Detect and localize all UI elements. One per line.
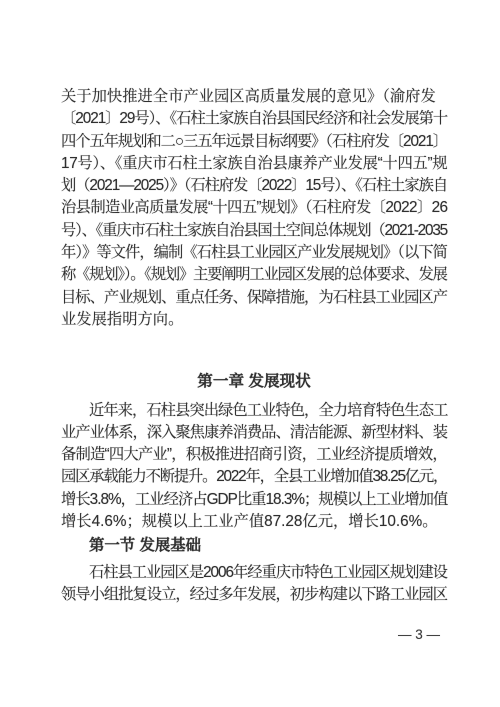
body-line: 目标、产业规划、重点任务、保障措施，为石柱县工业园区产 xyxy=(61,287,447,309)
body-line: 石柱县工业园区是2006年经重庆市特色工业园区规划建设 xyxy=(61,562,447,584)
body-line: 业发展指明方向。 xyxy=(61,309,447,331)
body-line: 四个五年规划和二○三五年远景目标纲要》（石柱府发〔2021〕 xyxy=(61,131,447,153)
paragraph: 近年来，石柱县突出绿色工业特色，全力培育特色生态工 业产业体系，深入聚焦康养消费… xyxy=(61,400,447,534)
body-line: 关于加快推进全市产业园区高质量发展的意见》（渝府发 xyxy=(61,86,447,108)
chapter-heading: 第一章 发展现状 xyxy=(61,371,447,393)
body-line: 业产业体系，深入聚焦康养消费品、清洁能源、新型材料、装 xyxy=(61,422,447,444)
page-number: — 3 — xyxy=(61,627,447,643)
body-line: 近年来，石柱县突出绿色工业特色，全力培育特色生态工 xyxy=(61,400,447,422)
body-line: 领导小组批复设立，经过多年发展，初步构建以下路工业园区 xyxy=(61,584,447,606)
body-line: 年）》等文件，编制《石柱县工业园区产业发展规划》（以下简 xyxy=(61,242,447,264)
body-line: 增长3.8%，工业经济占GDP比重18.3%；规模以上工业增加值 xyxy=(61,489,447,511)
scanned-document-page: 关于加快推进全市产业园区高质量发展的意见》（渝府发 〔2021〕29号）、《石柱… xyxy=(0,0,500,707)
body-line: 17号）、《重庆市石柱土家族自治县康养产业发展“十四五”规 xyxy=(61,153,447,175)
body-line: 划（2021—2025）》（石柱府发〔2022〕15号）、《石柱土家族自 xyxy=(61,175,447,197)
body-line: 园区承载能力不断提升。2022年，全县工业增加值38.25亿元， xyxy=(61,466,447,488)
paragraph: 石柱县工业园区是2006年经重庆市特色工业园区规划建设 领导小组批复设立，经过多… xyxy=(61,562,447,607)
body-line: 〔2021〕29号）、《石柱土家族自治县国民经济和社会发展第十 xyxy=(61,108,447,130)
paragraph-continued: 关于加快推进全市产业园区高质量发展的意见》（渝府发 〔2021〕29号）、《石柱… xyxy=(61,86,447,331)
body-line: 备制造“四大产业”，积极推进招商引资，工业经济提质增效， xyxy=(61,444,447,466)
body-line: 增长4.6%；规模以上工业产值87.28亿元，增长10.6%。 xyxy=(61,511,447,533)
body-line: 称《规划》）。《规划》主要阐明工业园区发展的总体要求、发展 xyxy=(61,264,447,286)
body-line: 治县制造业高质量发展“十四五”规划》（石柱府发〔2022〕26 xyxy=(61,197,447,219)
body-line: 号）、《重庆市石柱土家族自治县国土空间总体规划（2021-2035 xyxy=(61,220,447,242)
section-heading: 第一节 发展基础 xyxy=(61,535,447,557)
page-body: 关于加快推进全市产业园区高质量发展的意见》（渝府发 〔2021〕29号）、《石柱… xyxy=(61,86,447,606)
